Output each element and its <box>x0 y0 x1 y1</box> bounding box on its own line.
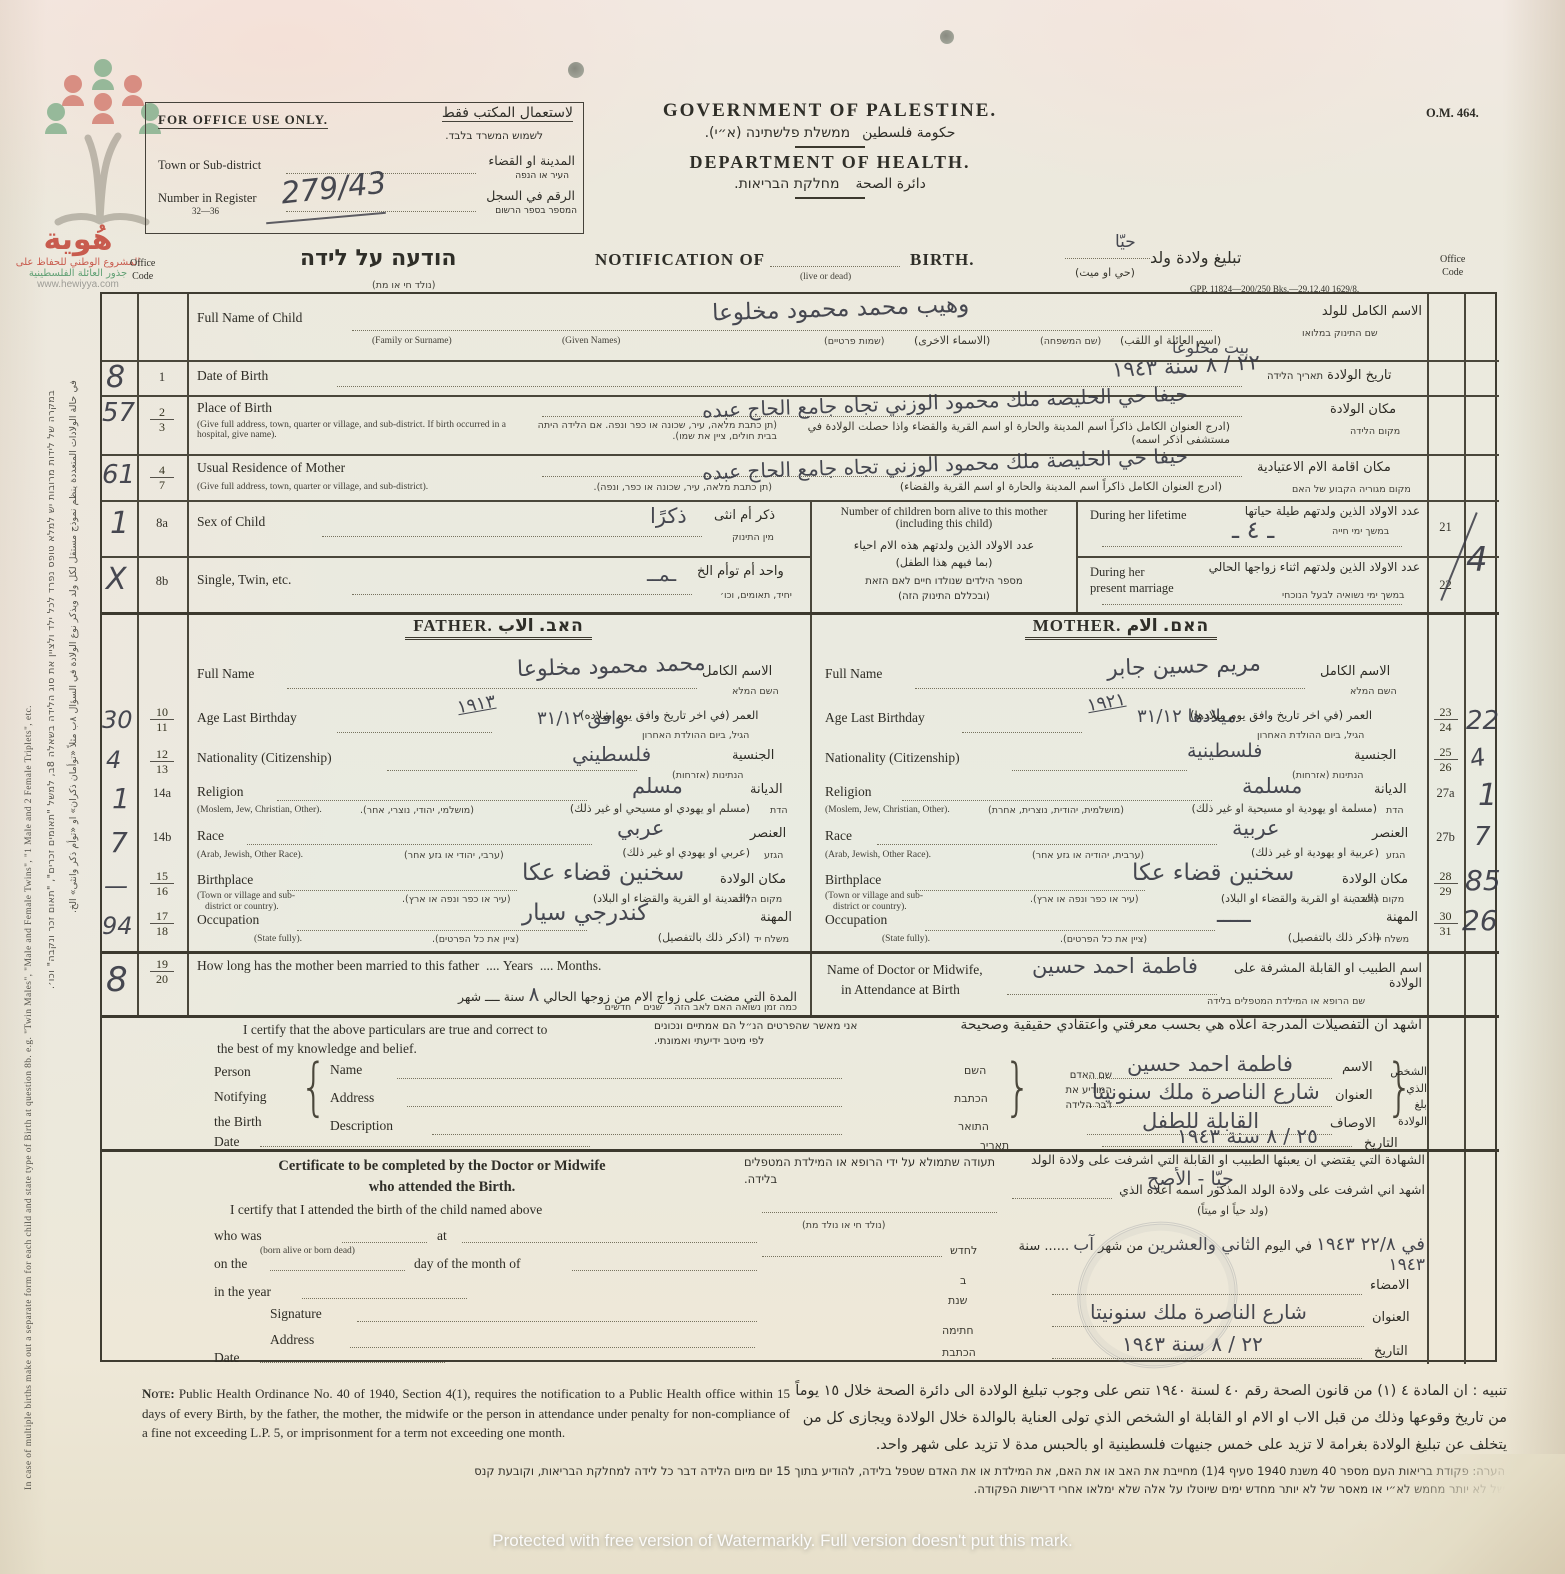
pob-sub-he: (תן כתבת מלאה, עיר, שכונה או כפר ונפה. א… <box>527 420 777 442</box>
father-header-ar: الاب <box>498 616 534 636</box>
notify-address-value: شارع الناصرة ملك سنونيتا <box>1092 1080 1320 1104</box>
midwife-en1: Name of Doctor or Midwife, <box>827 962 983 977</box>
cert-body-en: I certify that I attended the birth of t… <box>230 1202 542 1218</box>
mother-bp-sub-en2: district or country). <box>833 902 907 912</box>
father-bp-label-ar: مكان الولادة <box>720 872 786 887</box>
children-count-label-en: Number of children born alive to this mo… <box>818 506 1070 530</box>
mother-bp-label-ar: مكان الولادة <box>1342 872 1408 887</box>
father-bp-sub-he: (עיר או כפר ונפה או ארץ). <box>402 894 511 905</box>
code-top: 25 <box>1427 746 1464 759</box>
child-name-sub2-ar: (الاسماء الاخرى) <box>914 334 990 347</box>
dotted-field-line <box>287 688 697 689</box>
dotted-field-line <box>1012 770 1187 771</box>
mother-rel-margin: 1 <box>1478 778 1497 813</box>
note-en: Note: Public Health Ordinance No. 40 of … <box>142 1384 790 1443</box>
mother-occ-value: ـــــ <box>1217 902 1251 928</box>
months-label: Months. <box>557 958 602 973</box>
father-occ-office-code: 94 <box>102 912 133 940</box>
sex-office-code: 1 <box>110 506 129 541</box>
code-top: 28 <box>1427 870 1464 883</box>
months-he: חדשים <box>605 1002 632 1013</box>
mother-nat-label-en: Nationality (Citizenship) <box>825 750 960 766</box>
dotted-field-line <box>397 1078 842 1079</box>
notify-name-ar: الاسم <box>1342 1060 1373 1075</box>
child-name-value: وهيب محمد محمود مخلوعا <box>712 292 970 327</box>
row-num-bottom: 13 <box>150 761 174 776</box>
dotted-field-line <box>1065 258 1150 259</box>
table-rule <box>102 612 1499 615</box>
notify-name-he: השם <box>964 1064 986 1077</box>
office-use-title-en: FOR OFFICE USE ONLY. <box>158 112 328 129</box>
mother-section-header: MOTHER. האם. الام <box>815 616 1427 636</box>
cert-daymonth: day of the month of <box>414 1256 520 1272</box>
marriage-count-label-he: במשך ימי נשואיה לבעל הנוכחי <box>1282 590 1405 601</box>
marriage-label-en: How long has the mother been married to … <box>197 958 601 974</box>
father-rel-sub-en: (Moslem, Jew, Christian, Other). <box>197 805 322 815</box>
table-rule <box>102 454 1499 456</box>
dob-label-ar: تاريخ الولادة <box>1327 368 1391 383</box>
office-code-word2: Code <box>132 271 153 282</box>
father-bp-label-he: מקום הלידה <box>732 894 782 905</box>
dotted-field-line <box>462 1242 757 1243</box>
father-age-label-en: Age Last Birthday <box>197 710 297 726</box>
row-number-19-20: 19 20 <box>137 958 187 985</box>
father-age-year-value: ١٩١٣ <box>455 691 497 718</box>
mother-race-value: عربية <box>1232 816 1280 840</box>
dotted-field-line <box>247 844 592 845</box>
mother-occ-sub-ar: (اذكر ذلك بالتفصيل) <box>1230 931 1380 944</box>
notify-date-value: ٢٥ / ٨ سنة ١٩٤٣ <box>1177 1124 1318 1148</box>
mother-rel-label-ar: الديانة <box>1374 782 1407 797</box>
mother-nat-value: فلسطينية <box>1187 740 1262 762</box>
watermarkly-bar: Protected with free version of Watermark… <box>0 1531 1565 1551</box>
certificate-title-ar: الشهادة التي يقتضي ان يعبئها الطبيب او ا… <box>1007 1152 1425 1167</box>
notify-name-label: Name <box>330 1062 362 1078</box>
row-number-14b: 14b <box>137 830 187 845</box>
notify-group-ar: الشخص الذي بلغ الولادة <box>1394 1064 1427 1130</box>
certify-statement-en: I certify that the above particulars are… <box>217 1021 687 1059</box>
notification-sub-ar: (حي او ميت) <box>1075 266 1135 279</box>
mother-age-margin: 22 <box>1466 706 1499 736</box>
mother-race-sub-he: (ערבית, יהודיה או גזע אחר) <box>1032 850 1144 861</box>
mother-nat-label-he: הנתינות (אזרחות) <box>1292 770 1422 781</box>
mother-name-label-en: Full Name <box>825 666 882 682</box>
years-he: שנים <box>643 1002 662 1013</box>
mother-header-he: האם. <box>1163 616 1209 636</box>
table-rule <box>187 294 189 1015</box>
dotted-field-line <box>342 1242 427 1243</box>
notify-desc-ar: الاوصاف <box>1330 1116 1376 1131</box>
cert-he-shnat: שנת <box>948 1294 967 1307</box>
dotted-field-line <box>1102 546 1402 547</box>
father-age-label-he: הגיל, ביום ההולדת האחרון <box>642 730 807 741</box>
father-race-sub-he: (ערבי, יהודי או גזע אחר) <box>404 850 504 861</box>
father-nat-label-en: Nationality (Citizenship) <box>197 750 332 766</box>
mother-occ-label-ar: المهنة <box>1386 910 1418 925</box>
cert-date-label: Date <box>214 1350 239 1366</box>
sex-label-en: Sex of Child <box>197 514 265 530</box>
child-name-sub2-en: (Given Names) <box>562 336 620 346</box>
marriage-count-en2: present marriage <box>1090 581 1174 595</box>
notify-date-ar: التاريخ <box>1364 1136 1398 1151</box>
row-num-bottom: 20 <box>150 971 174 986</box>
twin-label-en: Single, Twin, etc. <box>197 572 291 588</box>
dotted-field-line <box>925 930 1215 931</box>
father-nat-label-ar: الجنسية <box>732 748 774 763</box>
cert-title-en2: who attended the Birth. <box>369 1179 516 1195</box>
child-name-sub2-he: (שמות פרטיים) <box>824 336 884 347</box>
code-25-26: 25 26 <box>1427 746 1464 773</box>
mother-header-en: MOTHER. <box>1033 616 1122 635</box>
office-use-box: FOR OFFICE USE ONLY. لاستعمال المكتب فقط… <box>145 102 584 234</box>
hole-punch <box>940 30 954 44</box>
row-num-top: 2 <box>137 406 187 419</box>
dotted-field-line <box>350 1347 755 1348</box>
sex-value: ذكرًا <box>650 504 687 528</box>
mother-bp-margin: 85 <box>1465 864 1501 897</box>
father-age-office-code: 30 <box>102 706 133 734</box>
years-label: Years <box>503 958 533 973</box>
father-rel-sub-he: (מושלמי, יהודי, נוצרי, אחר). <box>360 805 474 816</box>
dotted-field-line <box>270 1270 405 1271</box>
row-number-10-11: 10 11 <box>137 706 187 733</box>
cert-live-value: حيّا - الأصح <box>1147 1168 1234 1190</box>
father-rel-label-en: Religion <box>197 784 244 800</box>
mother-race-label-he: הגזע <box>1386 850 1405 861</box>
certify-en1: I certify that the above particulars are… <box>217 1022 547 1037</box>
row-num-top: 17 <box>137 910 187 923</box>
table-rule <box>137 294 139 1015</box>
father-bp-sub-en1: (Town or village and sub- <box>197 891 295 901</box>
dotted-field-line <box>962 732 1082 733</box>
father-header-he: האב. <box>539 616 584 636</box>
note-text-en: Public Health Ordinance No. 40 of 1940, … <box>142 1386 790 1440</box>
certificate-title-en: Certificate to be completed by the Docto… <box>157 1156 727 1198</box>
code-top: 23 <box>1427 706 1464 719</box>
row-number-1: 1 <box>137 370 187 385</box>
person-notifying-label: Person Notifying the Birth <box>214 1060 267 1135</box>
mother-age-label-en: Age Last Birthday <box>825 710 925 726</box>
row-num-top: 15 <box>137 870 187 883</box>
logo-title: هُوية <box>14 222 142 257</box>
residence-value: حيفا حي الحليصة ملك محمود الوزني تجاه جا… <box>702 444 1189 485</box>
government-title-en: GOVERNMENT OF PALESTINE. <box>590 100 1070 122</box>
row-number-17-18: 17 18 <box>137 910 187 937</box>
cert-ar-addr: العنوان <box>1372 1310 1410 1325</box>
code-21: 21 <box>1427 520 1464 535</box>
father-race-label-he: הגזע <box>764 850 783 861</box>
certify-statement-ar: اشهد ان التفصيلات المدرجة اعلاه هي بحسب … <box>837 1017 1422 1033</box>
pob-office-code: 57 <box>102 398 135 428</box>
row-num-bottom: 16 <box>150 883 174 898</box>
children-count-margin-value: 4 <box>1466 540 1488 580</box>
residence-sub-he: (תן כתבת מלאה, עיר, שכונה או כפר, ונפה). <box>532 482 772 493</box>
code-bottom: 24 <box>1434 719 1458 734</box>
lifetime-value: ـ ٤ ـ <box>1232 516 1274 544</box>
dotted-field-line <box>1087 1106 1332 1107</box>
cert-whowas: who was <box>214 1228 262 1244</box>
father-race-sub-en: (Arab, Jewish, Other Race). <box>197 850 303 860</box>
notify-date-label: Date <box>214 1134 239 1150</box>
header-rule <box>795 197 865 199</box>
marriage-question-en: How long has the mother been married to … <box>197 958 479 973</box>
town-label-ar: المدينة او القضاء <box>488 153 575 168</box>
cert-he-lehodesh: לחדש <box>950 1244 977 1257</box>
father-rel-label-he: הדת <box>770 805 788 816</box>
register-label-he: המספר בספר הרשום <box>495 206 577 216</box>
mother-occ-margin: 26 <box>1462 904 1498 937</box>
father-bp-office-code: — <box>104 872 128 900</box>
dotted-field-line <box>352 330 1212 331</box>
row-num-top: 19 <box>137 958 187 971</box>
table-rule <box>102 500 1499 502</box>
dotted-field-line <box>1007 994 1217 995</box>
notification-title-en-b: BIRTH. <box>910 250 974 270</box>
father-rel-label-ar: الديانة <box>750 782 783 797</box>
person-en1: Person <box>214 1064 251 1079</box>
mother-race-label-ar: العنصر <box>1372 826 1408 841</box>
dotted-field-line <box>1102 604 1402 605</box>
residence-label-en: Usual Residence of Mother <box>197 460 345 476</box>
ar-group1: الشخص <box>1390 1065 1427 1078</box>
father-rel-office-code: 1 <box>112 782 130 815</box>
marriage-office-code: 8 <box>106 960 128 1000</box>
mother-rel-sub-ar: (مسلمة او يهودية او مسيحية او غير ذلك) <box>1137 802 1377 815</box>
marriage-label-he: כמה זמן נשואה האם לאב הזה שנים חדשים <box>197 1002 797 1013</box>
mother-bp-sub-ar: (المدينة او القرية والقضاء او البلاد) <box>1178 892 1378 905</box>
father-race-value: عربي <box>617 816 664 840</box>
dob-office-code: 8 <box>106 360 125 395</box>
father-occ-sub-he: (ציין את כל הפרטים). <box>432 934 519 945</box>
code-27b: 27b <box>1427 830 1464 845</box>
children-count-label-he: מספר הילדים שנולדו חיים לאם הזאת <box>818 576 1070 587</box>
sidebar-note-arabic: في حالة الولادات المتعددة ينظم نموذج مست… <box>68 380 79 1480</box>
mother-nat-label-ar: الجنسية <box>1354 748 1396 763</box>
father-rel-sub-ar: (مسلم او يهودي او مسيحي او غير ذلك) <box>522 802 750 815</box>
office-use-title-ar: لاستعمال المكتب فقط <box>442 105 573 122</box>
dotted-field-line <box>877 844 1217 845</box>
father-occ-value: كندرجي سيار <box>522 900 648 926</box>
mother-name-value: مريم حسين جابر <box>1107 651 1262 681</box>
om-number: O.M. 464. <box>1426 106 1479 121</box>
note-ar: تنبيه : ان المادة ٤ (١) من قانون الصحة ر… <box>795 1378 1507 1458</box>
father-name-value: محمد محمود مخلوعا <box>517 651 706 683</box>
mother-bp-sub-he: (עיר או כפר ונפה או ארץ). <box>1030 894 1139 905</box>
row-num-bottom: 18 <box>150 923 174 938</box>
certificate-title-he: תעודה שתמולא על ידי הרופא או המילדת המטפ… <box>744 1154 1006 1187</box>
notification-title-en-a: NOTIFICATION OF <box>595 250 765 270</box>
father-race-label-en: Race <box>197 828 224 844</box>
live-or-dead-value: حيّا <box>1115 232 1136 252</box>
children-count-label-he2: (ובכללם התינוק הזה) <box>818 591 1070 602</box>
mother-occ-sub-he: (ציין את כל הפרטים). <box>1060 934 1147 945</box>
scanned-birth-notification-form: هُوية المشروع الوطني للحفاظ على جذور الع… <box>0 0 1565 1574</box>
mother-race-sub-ar: (عربية او يهودية او غير ذلك) <box>1194 846 1379 859</box>
department-title-ar: دائرة الصحة <box>855 176 925 192</box>
row-number-8b: 8b <box>137 574 187 589</box>
cert-ar-sub: (ولد حياً او ميتاً) <box>1197 1204 1268 1217</box>
dotted-field-line <box>302 1298 467 1299</box>
cert-ar-date: التاريخ <box>1374 1344 1408 1359</box>
father-nat-office-code: 4 <box>106 746 121 774</box>
dotted-field-line <box>1052 1358 1362 1359</box>
mother-rel-value: مسلمة <box>1242 774 1302 798</box>
department-title-he: מחלקת הבריאות. <box>734 176 839 192</box>
father-section-header: FATHER. האב. الاب <box>187 616 810 636</box>
cert-address-label: Address <box>270 1332 314 1348</box>
code-bottom: 26 <box>1434 759 1458 774</box>
pob-label-ar: مكان الولادة <box>1330 402 1396 417</box>
residence-label-he: מקום מגוריה הקבוע של האם <box>1292 484 1411 495</box>
central-header: GOVERNMENT OF PALESTINE. حكومة فلسطين ממ… <box>590 100 1070 203</box>
father-race-label-ar: العنصر <box>750 826 786 841</box>
father-age-label-ar: العمر (في اخر تاريخ وافق يوم ميلاده) <box>580 708 808 722</box>
marriage-count-label-en: During her present marriage <box>1090 564 1200 597</box>
code-27a: 27a <box>1427 786 1464 801</box>
father-race-sub-ar: (عربي او يهودي او غير ذلك) <box>570 846 750 859</box>
office-code-word2: Code <box>1442 267 1463 278</box>
sex-label-he: מין התינוק <box>732 532 774 543</box>
mother-age-label-he: הגיל, ביום ההולדת האחרון <box>1257 730 1422 741</box>
marriage-question-he: כמה זמן נשואה האם לאב הזה <box>674 1002 797 1013</box>
row-num-bottom: 3 <box>150 419 174 434</box>
mother-bp-label-en: Birthplace <box>825 872 881 888</box>
dob-value: ٢٢ / ٨ سنة ١٩٤٣ <box>1111 350 1260 382</box>
mother-race-margin: 7 <box>1474 822 1491 852</box>
dob-label-en: Date of Birth <box>197 368 268 384</box>
cert-at: at <box>437 1228 447 1244</box>
cert-he-sub: (נולד חי או נולד מת) <box>802 1220 885 1231</box>
table-rule <box>1076 556 1499 558</box>
department-title-en: DEPARTMENT OF HEALTH. <box>590 152 1070 173</box>
table-rule <box>102 556 810 558</box>
mother-rel-sub-en: (Moslem, Jew, Christian, Other). <box>825 805 950 815</box>
person-en2: Notifying <box>214 1089 267 1104</box>
father-name-label-ar: الاسم الكامل <box>702 664 807 679</box>
marriage-count-label-ar: عدد الاولاد الذين ولدتهم اثناء زواجها ال… <box>1202 560 1420 574</box>
logo-line2: جذور العائلة الفلسطينية <box>14 268 142 279</box>
father-race-office-code: 7 <box>110 826 128 859</box>
logo-url: www.hewiyya.com <box>14 279 142 290</box>
pob-label-he: מקום הלידה <box>1350 426 1400 437</box>
cert-ar-sig: الامضاء <box>1370 1278 1409 1293</box>
notification-sub-en: (live or dead) <box>800 272 851 282</box>
register-label-en: Number in Register <box>158 191 257 206</box>
cert-ar-month-value: آب <box>1073 1235 1094 1255</box>
notification-sub-he: (נולד חי או מת) <box>372 280 435 291</box>
dotted-field-line <box>762 1212 997 1213</box>
child-name-sub1-he: (שם המשפחה) <box>1040 336 1101 347</box>
residence-sub-en: (Give full address, town, quarter or vil… <box>197 482 527 492</box>
father-name-label-en: Full Name <box>197 666 254 682</box>
dotted-field-line <box>762 1256 942 1257</box>
mother-age-label-ar: العمر (في اخر تاريخ وافق يوم ميلادها) <box>1190 708 1422 722</box>
pob-sub-en: (Give full address, town, quarter or vil… <box>197 420 517 440</box>
residence-sub-ar: (ادرج العنوان الكامل ذاكراً اسم المدينة … <box>792 480 1222 493</box>
mother-race-label-en: Race <box>825 828 852 844</box>
person-en3: the Birth <box>214 1114 262 1129</box>
notification-title-ar: تبليغ ولادة ولد <box>1150 248 1241 267</box>
father-occ-label-he: משלח יד <box>754 934 789 945</box>
notify-address-he: הכתבת <box>954 1092 988 1105</box>
table-rule <box>102 951 1499 954</box>
twin-label-ar: واحد أم توأم الخ <box>697 564 784 579</box>
mother-race-sub-en: (Arab, Jewish, Other Race). <box>825 850 931 860</box>
twin-office-code: X <box>106 562 127 597</box>
notify-desc-he: התואר <box>958 1120 989 1133</box>
cert-onthe: on the <box>214 1256 247 1272</box>
dotted-field-line <box>322 536 702 537</box>
mother-occ-sub-en: (State fully). <box>882 934 930 944</box>
notify-name-value: فاطمة احمد حسين <box>1127 1052 1293 1076</box>
notification-title-he: הודעה על לידה <box>300 246 456 271</box>
child-name-label-ar: الاسم الكامل للولد <box>1272 304 1422 319</box>
pob-sub-ar: (ادرج العنوان الكامل ذاكراً اسم المدينة … <box>790 420 1230 446</box>
notify-address-ar: العنوان <box>1335 1088 1373 1103</box>
mother-rel-sub-he: (מושלמית, יהודית, נוצרית, אחרת) <box>988 805 1124 816</box>
brace-left: { <box>300 1056 328 1118</box>
note-label-en: Note: <box>142 1386 175 1401</box>
residence-office-code: 61 <box>102 460 135 490</box>
dotted-field-line <box>572 1270 757 1271</box>
midwife-label-en: Name of Doctor or Midwife, in Attendance… <box>827 960 983 1001</box>
children-count-label-ar: عدد الاولاد الذين ولدتهم هذه الام احياء <box>818 538 1070 552</box>
town-label-he: העיר או הנפה <box>515 171 569 181</box>
midwife-label-ar: اسم الطبيب او القابلة المشرفة على الولاد… <box>1220 960 1422 990</box>
mother-bp-label-he: מקום הלידה <box>1354 894 1404 905</box>
child-name-label-en: Full Name of Child <box>197 310 302 326</box>
dotted-field-line <box>902 800 1212 801</box>
office-code-right: Office Code <box>1440 254 1465 279</box>
residence-label-ar: مكان اقامة الام الاعتيادية <box>1257 460 1391 475</box>
dotted-field-line <box>337 732 492 733</box>
dotted-field-line <box>297 930 587 931</box>
cert-ar-year-value: ١٩٤٣ <box>1388 1255 1425 1275</box>
dotted-field-line <box>1012 1198 1112 1199</box>
table-rule <box>810 612 812 1015</box>
mother-name-label-he: השם המלא <box>1350 686 1397 697</box>
midwife-value: فاطمة احمد حسين <box>1032 954 1198 978</box>
logo-line1: المشروع الوطني للحفاظ على <box>14 257 142 268</box>
row-num-bottom: 7 <box>150 477 174 492</box>
cert-he-sig: חתימה <box>942 1324 974 1337</box>
code-bottom: 31 <box>1434 923 1458 938</box>
mother-occ-label-en: Occupation <box>825 912 887 928</box>
row-num-top: 4 <box>137 464 187 477</box>
dotted-field-line <box>387 770 637 771</box>
code-23-24: 23 24 <box>1427 706 1464 733</box>
certify-he1: אני מאשר שהפרטים הנ״ל הם אמתיים ונכונים <box>654 1020 857 1032</box>
cert-ar-sana: سنة <box>1018 1239 1040 1254</box>
father-header-en: FATHER. <box>413 616 493 635</box>
father-bp-sub-en2: district or country). <box>205 902 279 912</box>
cert-title-en1: Certificate to be completed by the Docto… <box>278 1158 605 1174</box>
notify-date-he: תאריך <box>980 1139 1009 1152</box>
dotted-field-line <box>357 1321 757 1322</box>
cert-inyear: in the year <box>214 1284 271 1300</box>
office-code-word1: Office <box>130 258 155 269</box>
midwife-en2: in Attendance at Birth <box>827 982 960 997</box>
code-bottom: 29 <box>1434 883 1458 898</box>
father-nat-label-he: הנתינות (אזרחות) <box>672 770 807 781</box>
mother-bp-value: سخنين قضاء عكا <box>1132 860 1294 886</box>
table-rule <box>810 500 812 612</box>
main-form-table: Full Name of Child وهيب محمد محمود مخلوع… <box>100 292 1497 1362</box>
cert-signature-label: Signature <box>270 1306 322 1322</box>
dotted-field-line <box>915 688 1305 689</box>
father-occ-label-en: Occupation <box>197 912 259 928</box>
cert-ar-fi: في اليوم <box>1265 1239 1312 1254</box>
